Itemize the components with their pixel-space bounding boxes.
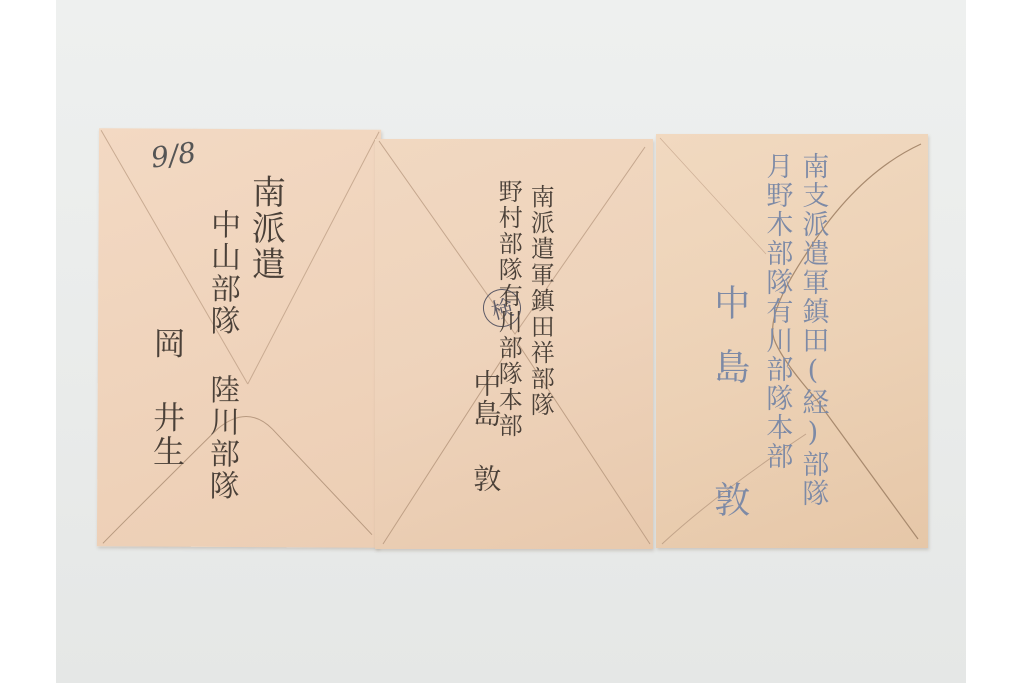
address-line-2: 中山部隊 陸川部隊 — [205, 209, 238, 502]
envelope-left: 9/8 南派遣 中山部隊 陸川部隊 岡 井生 — [97, 128, 381, 547]
sender-name: 中島 敦 — [471, 369, 500, 494]
address-line-1: 南支派遣軍鎮田(経)部隊 — [798, 152, 826, 508]
address-line-1: 南派遣 — [246, 174, 282, 282]
envelope-middle: 検 南派遣軍鎮田祥部隊 野村部隊有川部隊本部 中島 敦 — [375, 139, 653, 549]
address-line-2: 月野木部隊有川部隊本部 — [762, 152, 790, 471]
date-note: 9/8 — [149, 136, 198, 175]
sender-name: 岡 井生 — [149, 327, 183, 469]
envelope-right: 南支派遣軍鎮田(経)部隊 月野木部隊有川部隊本部 中島 敦 — [656, 134, 928, 548]
envelope-flap-lines — [656, 134, 928, 548]
address-line-1: 南派遣軍鎮田祥部隊 — [527, 184, 552, 418]
sender-name: 中島 敦 — [710, 284, 748, 545]
